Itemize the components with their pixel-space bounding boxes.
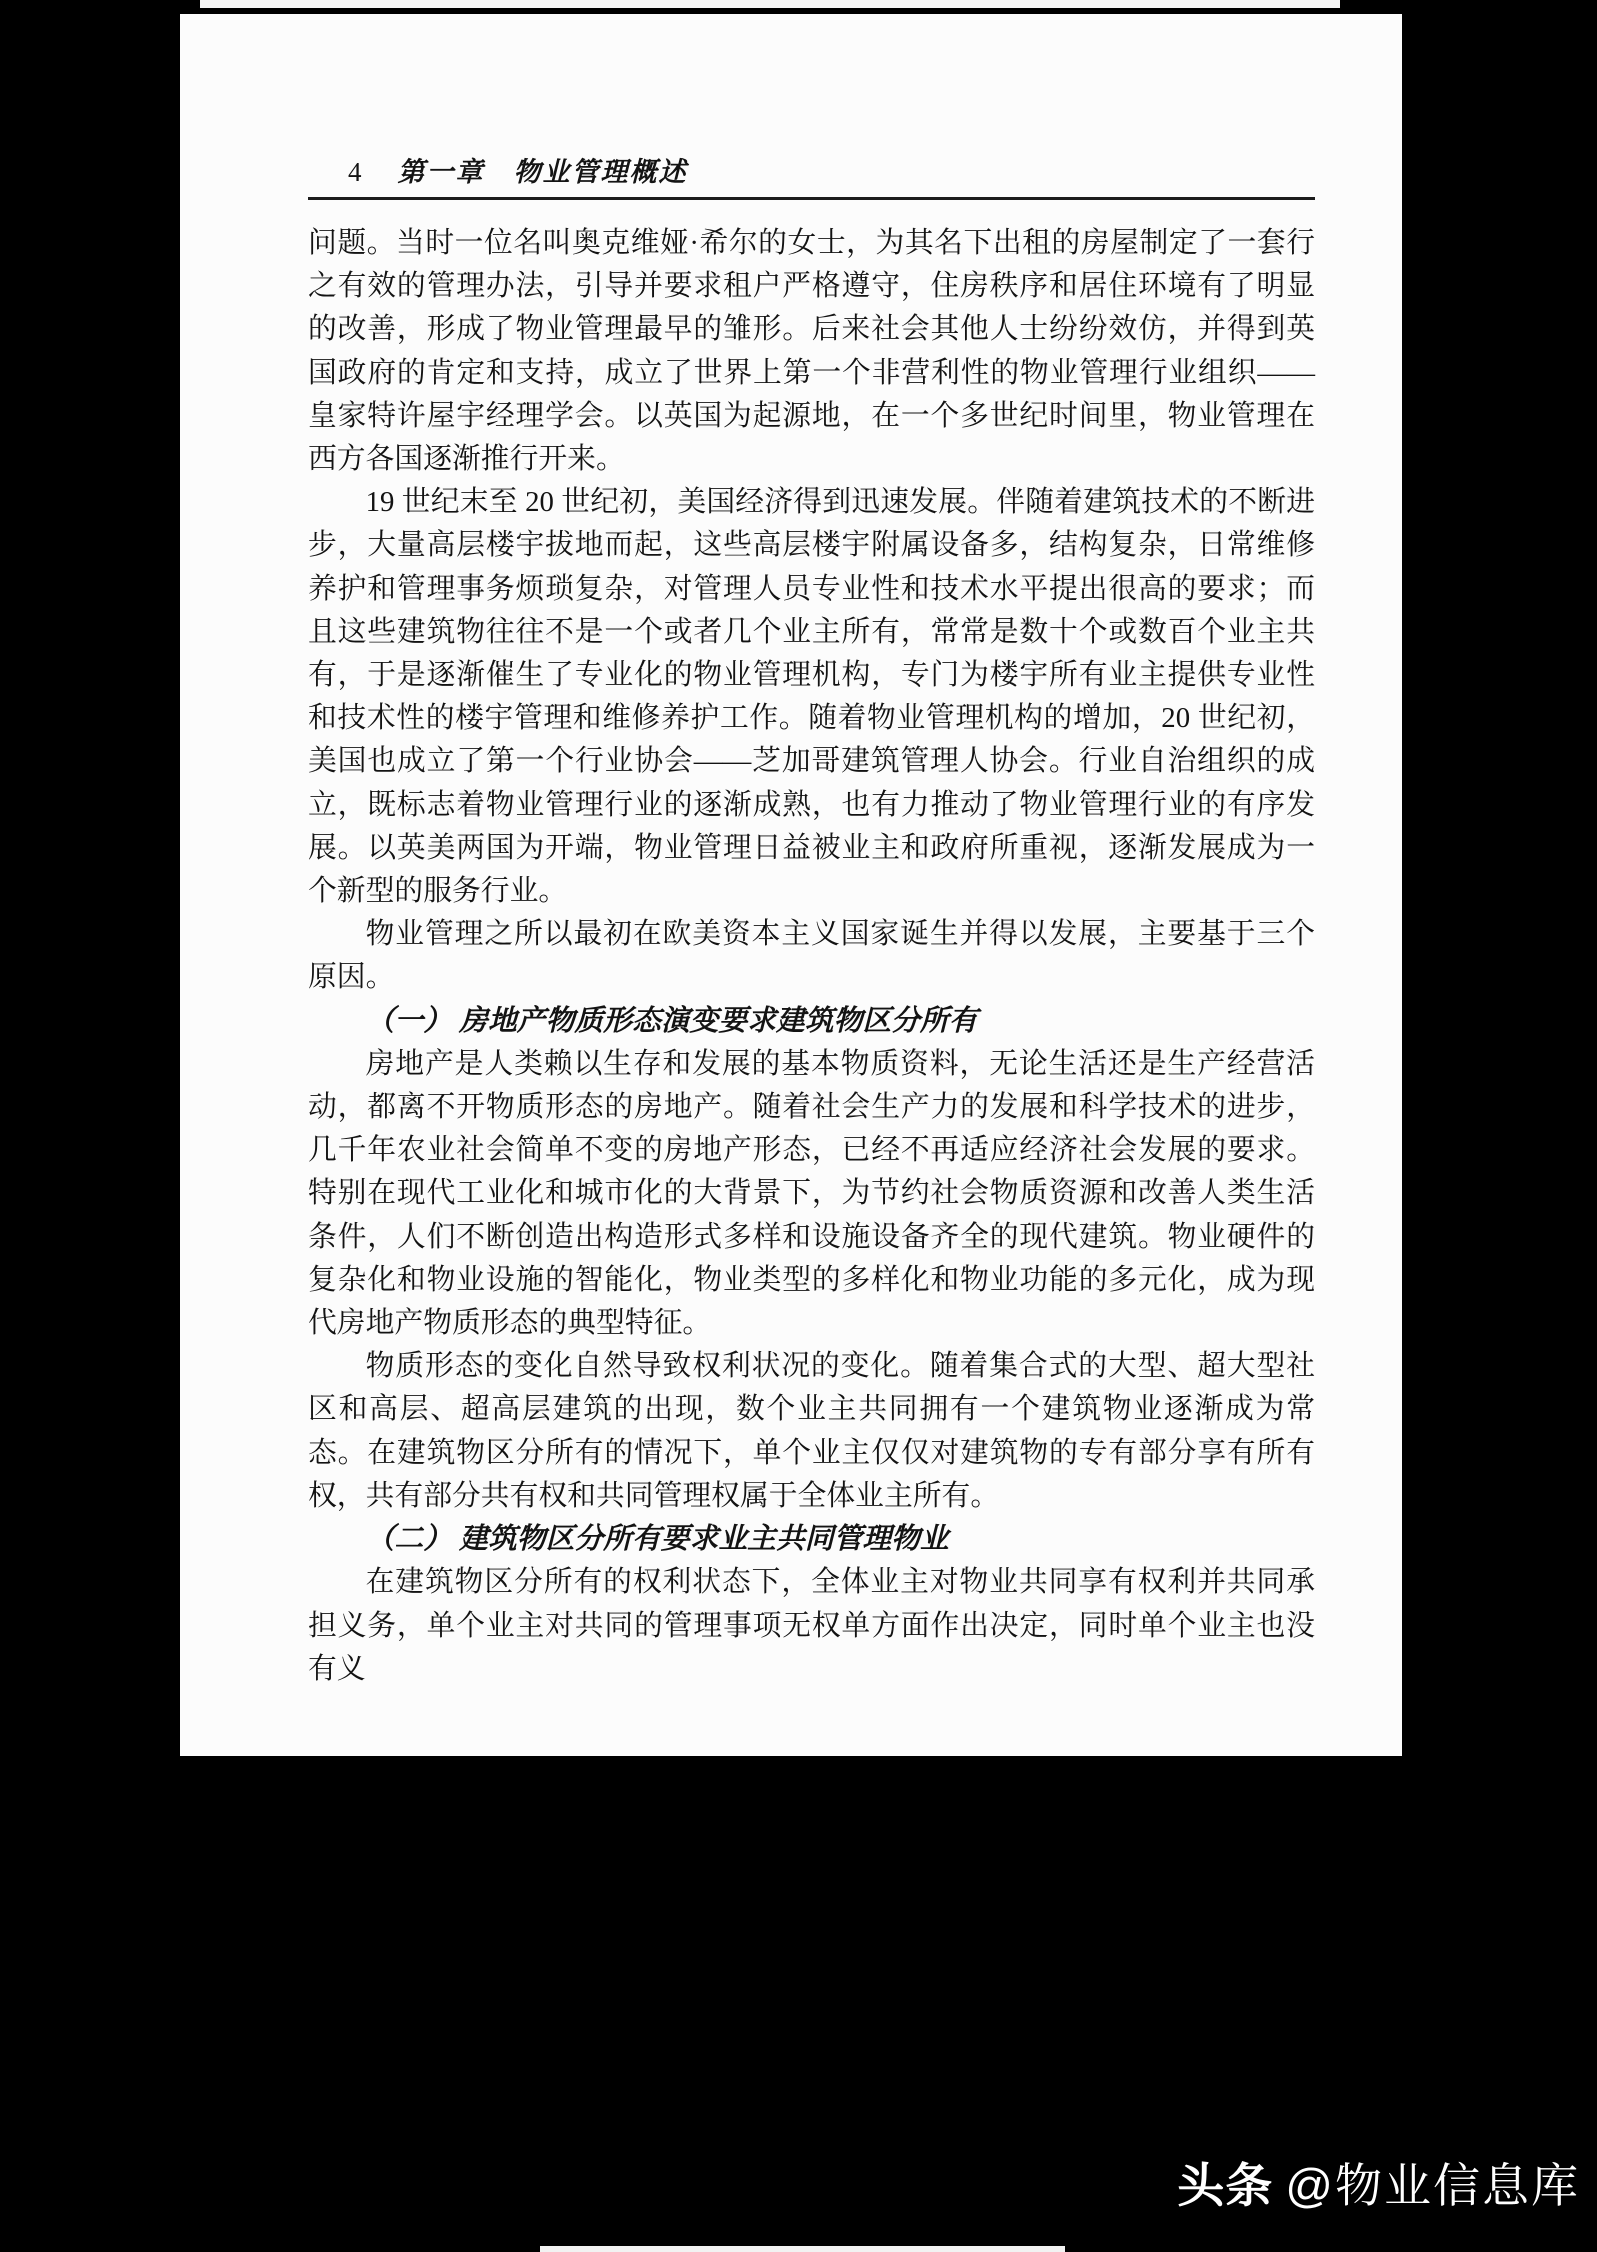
- header-rule-divider: [308, 197, 1315, 200]
- watermark: 头条@物业信息库: [1177, 2156, 1580, 2216]
- book-page: 4 第一章 物业管理概述 问题。当时一位名叫奥克维娅·希尔的女士，为其名下出租的…: [180, 14, 1402, 1756]
- paragraph: 房地产是人类赖以生存和发展的基本物质资料，无论生活还是生产经营活动，都离不开物质…: [308, 1043, 1315, 1345]
- page-number: 4: [348, 154, 362, 190]
- scan-edge-sliver-bottom: [540, 2246, 1065, 2252]
- scan-background: 4 第一章 物业管理概述 问题。当时一位名叫奥克维娅·希尔的女士，为其名下出租的…: [0, 0, 1597, 2252]
- section-heading: （二） 建筑物区分所有要求业主共同管理物业: [308, 1518, 1315, 1561]
- paragraph: 物质形态的变化自然导致权利状况的变化。随着集合式的大型、超大型社区和高层、超高层…: [308, 1345, 1315, 1518]
- page-content: 4 第一章 物业管理概述 问题。当时一位名叫奥克维娅·希尔的女士，为其名下出租的…: [308, 154, 1315, 1691]
- paragraph: 在建筑物区分所有的权利状态下，全体业主对物业共同享有权利并共同承担义务，单个业主…: [308, 1561, 1315, 1691]
- chapter-title: 第一章 物业管理概述: [398, 154, 688, 190]
- paragraph: 问题。当时一位名叫奥克维娅·希尔的女士，为其名下出租的房屋制定了一套行之有效的管…: [308, 222, 1315, 481]
- watermark-brand-logo: 头条: [1177, 2159, 1273, 2212]
- scan-edge-sliver-top: [200, 0, 1340, 8]
- paragraph: 物业管理之所以最初在欧美资本主义国家诞生并得以发展，主要基于三个原因。: [308, 913, 1315, 999]
- watermark-handle: @物业信息库: [1285, 2159, 1580, 2212]
- body-text: 问题。当时一位名叫奥克维娅·希尔的女士，为其名下出租的房屋制定了一套行之有效的管…: [308, 222, 1315, 1691]
- section-heading: （一） 房地产物质形态演变要求建筑物区分所有: [308, 1000, 1315, 1043]
- running-header: 4 第一章 物业管理概述: [308, 154, 1315, 190]
- paragraph: 19 世纪末至 20 世纪初，美国经济得到迅速发展。伴随着建筑技术的不断进步，大…: [308, 481, 1315, 913]
